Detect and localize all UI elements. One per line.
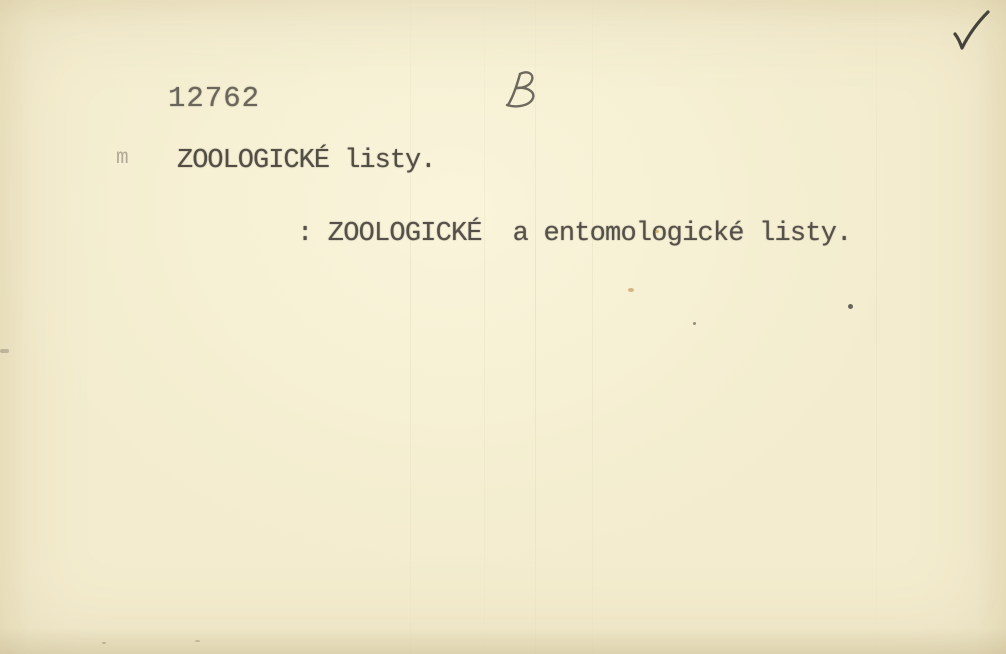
paper-crease	[410, 0, 411, 654]
paper-speck	[0, 349, 9, 353]
paper-speck	[195, 640, 200, 642]
call-number: 12762	[168, 82, 260, 115]
catalog-card: 12762 m ZOOLOGICKÉ listy. : ZOOLOGICKÉ a…	[0, 0, 1006, 654]
paper-crease	[592, 0, 593, 654]
paper-crease	[484, 0, 485, 654]
paper-speck	[102, 642, 106, 644]
ink-speck	[848, 304, 853, 309]
margin-note: m	[116, 147, 129, 170]
paper-speck	[628, 288, 634, 292]
paper-speck	[655, 230, 659, 233]
title-heading: ZOOLOGICKÉ listy.	[177, 146, 435, 176]
cross-reference: : ZOOLOGICKÉ a entomologické listy.	[297, 219, 852, 249]
ink-speck	[693, 322, 696, 325]
checkmark-icon	[942, 2, 998, 60]
paper-crease	[876, 0, 877, 654]
class-letter-handwritten	[498, 64, 544, 114]
